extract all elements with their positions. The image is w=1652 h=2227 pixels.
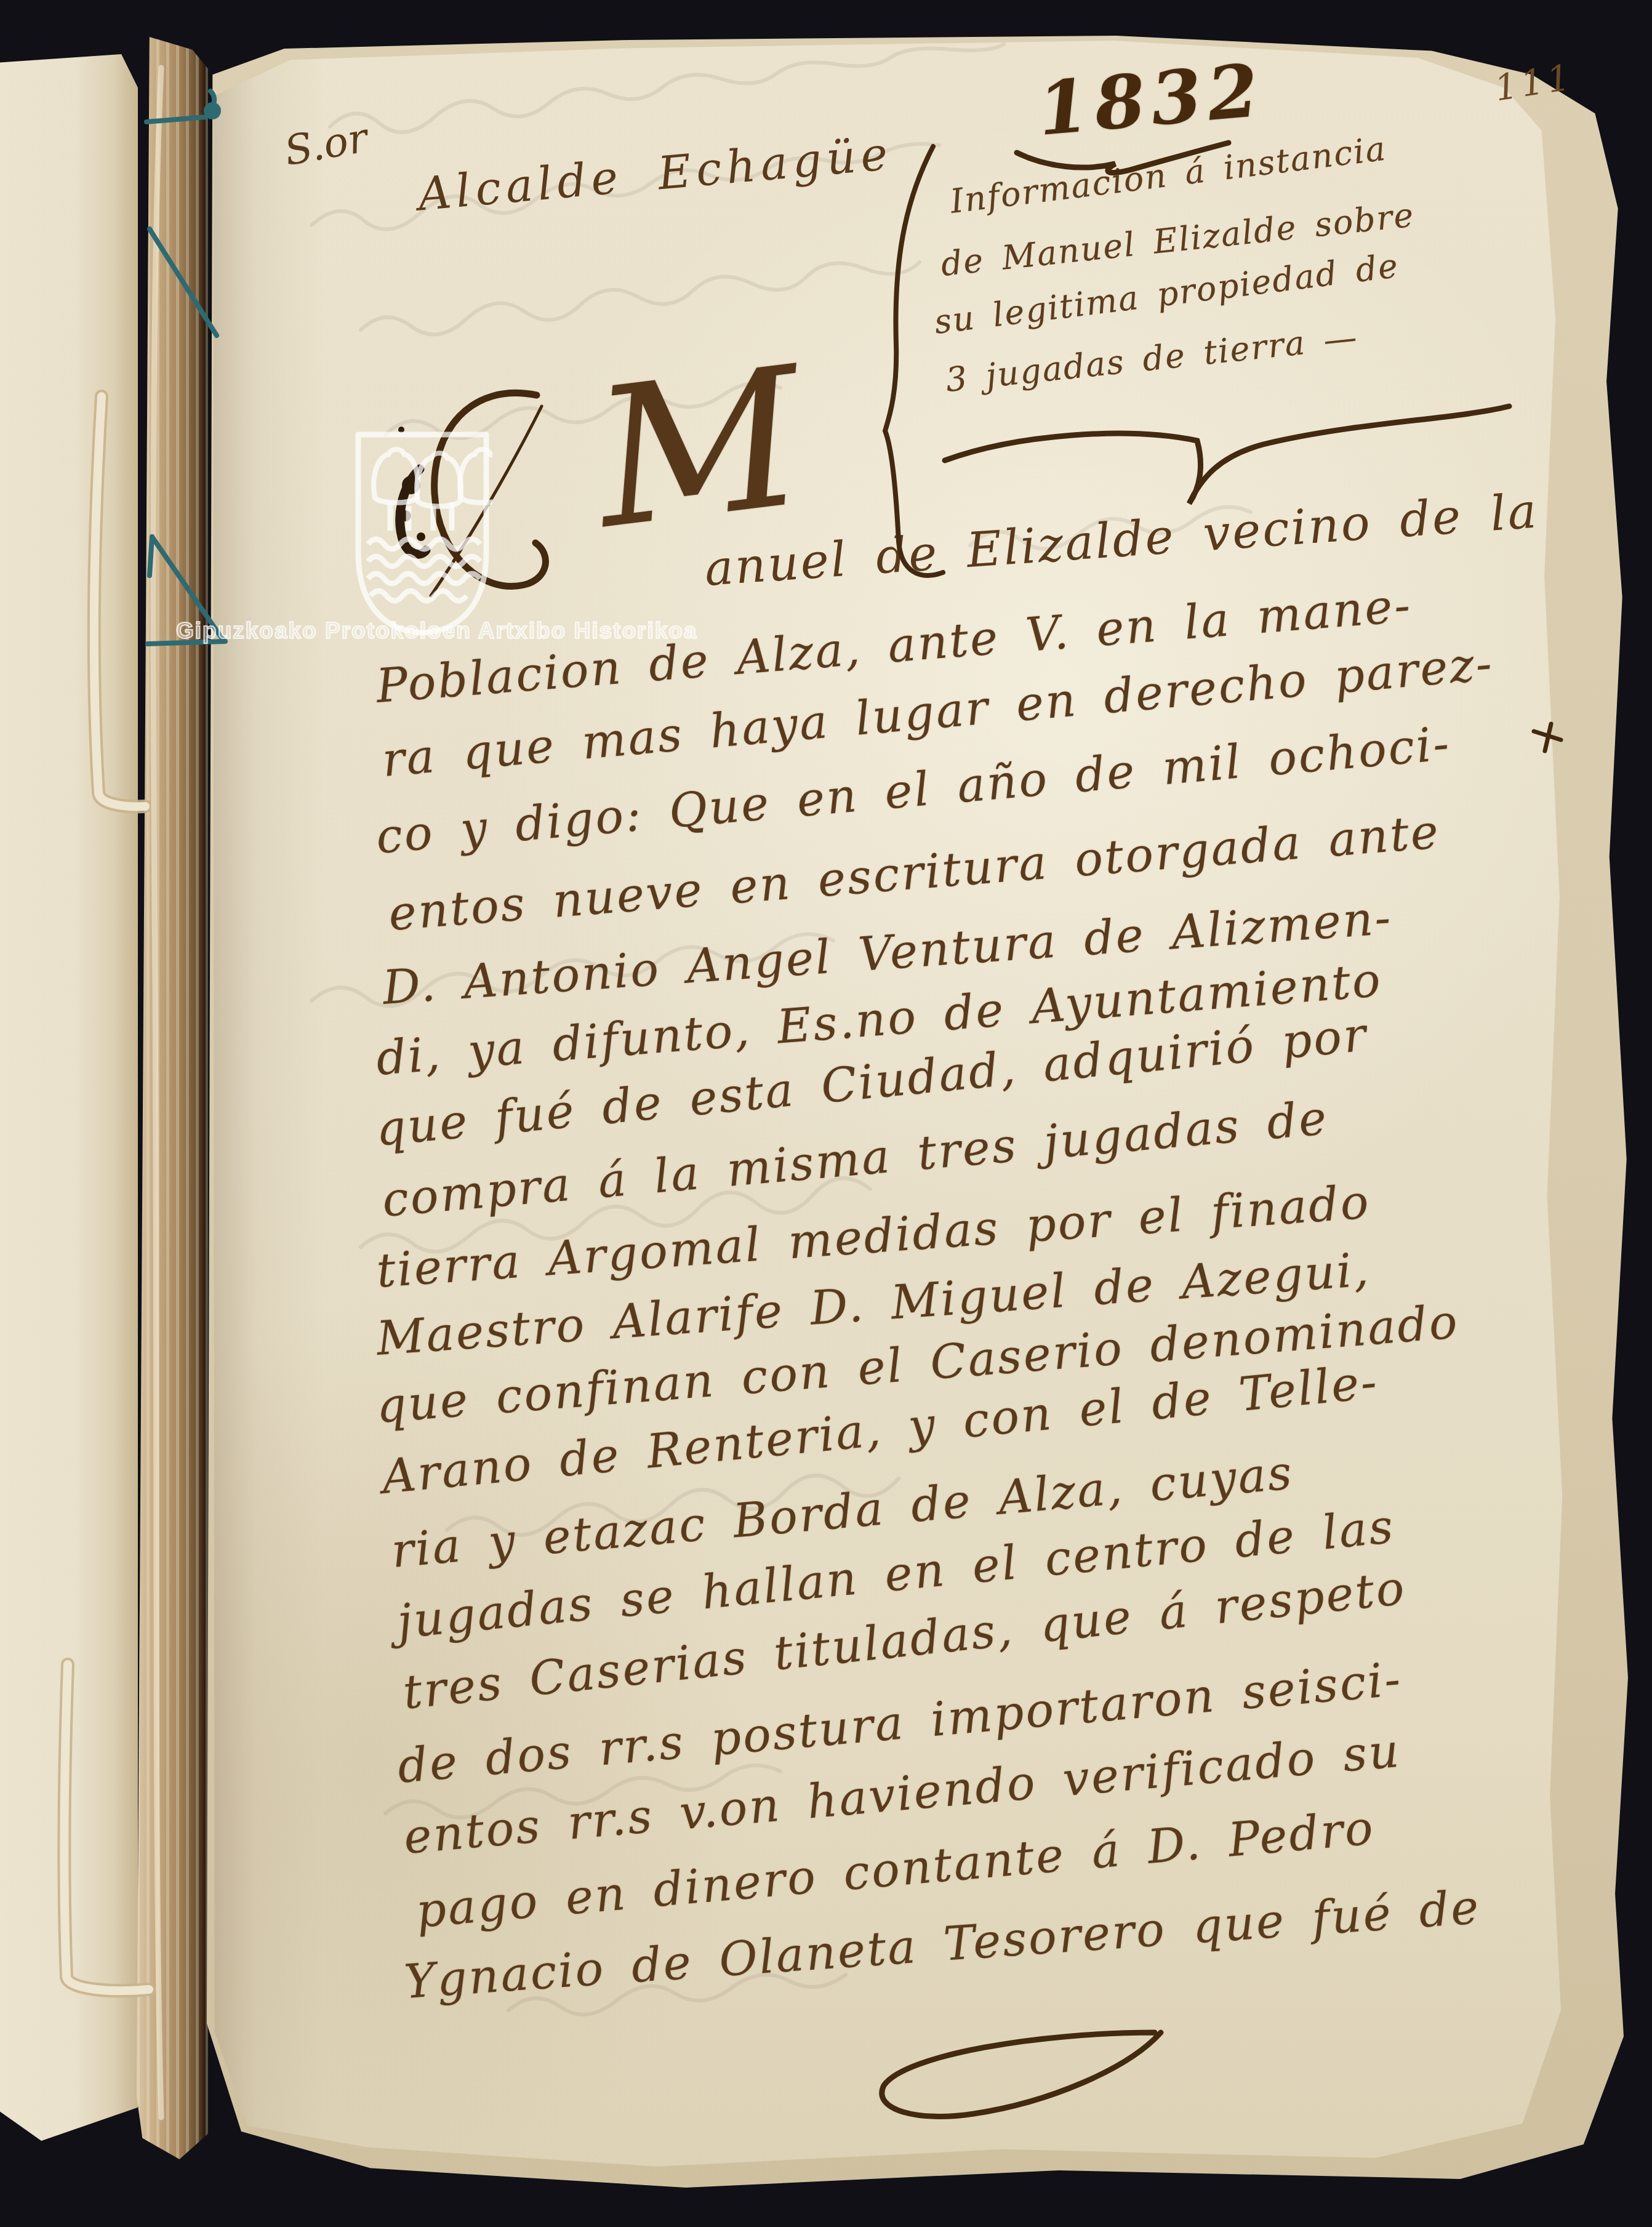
watermark-text: Gipuzkoako Protokoloen Artxibo Historiko…: [176, 618, 697, 644]
archival-scan: 1832 111 S.or Alcalde Echagüe Informacio…: [0, 0, 1652, 2227]
gipuzkoa-shield-icon: [352, 430, 492, 636]
book-binding-gutter: [137, 37, 208, 2159]
drop-cap-initial: M: [586, 342, 813, 556]
previous-page-edge: [0, 54, 138, 2141]
